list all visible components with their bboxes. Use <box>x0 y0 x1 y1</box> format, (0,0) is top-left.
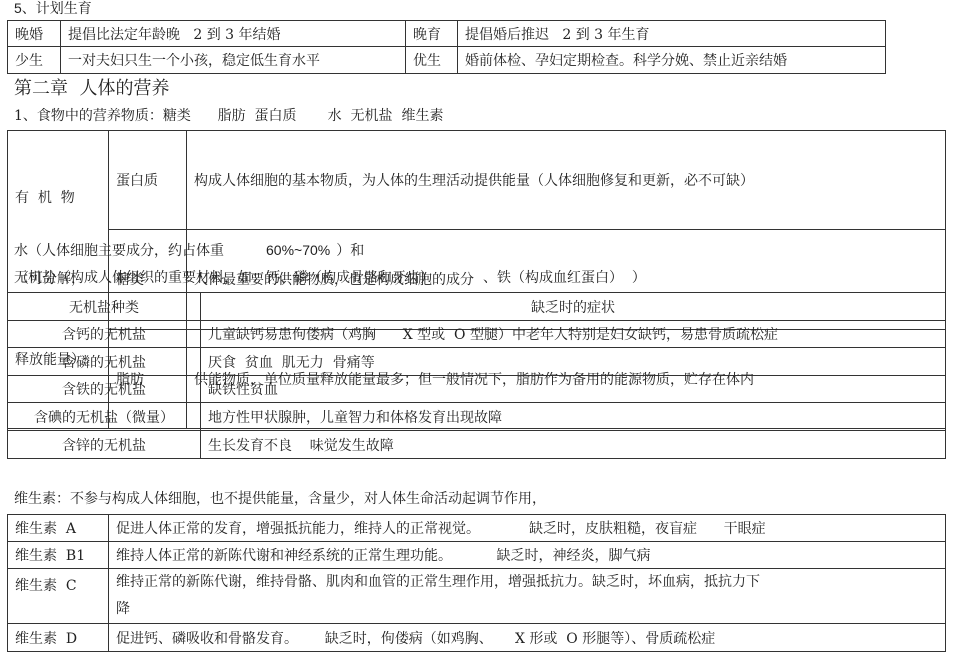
term-cell: 优生 <box>406 47 458 74</box>
definition-cell: 婚前体检、孕妇定期检查。科学分娩、禁止近亲结婚 <box>458 47 886 74</box>
table-row: 晚婚 提倡比法定年龄晚 2 到 3 年结婚 晚育 提倡婚后推迟 2 到 3 年生… <box>8 21 886 47</box>
table-row: 含锌的无机盐 生长发育不良 味觉发生故障 <box>8 431 946 459</box>
deficiency-symptom: 厌食 贫血 肌无力 骨痛等 <box>201 348 946 376</box>
mineral-type: 含锌的无机盐 <box>8 431 201 459</box>
water-percentage: 60%~70% <box>266 242 330 258</box>
vitamin-desc: 维持人体正常的新陈代谢和神经系统的正常生理功能。 缺乏时，神经炎，脚气病 <box>109 542 946 569</box>
deficiency-symptom: 儿童缺钙易患佝偻病（鸡胸 X 型或 O 型腿）中老年人特别是妇女缺钙，易患骨质疏… <box>201 321 946 348</box>
deficiency-symptom: 地方性甲状腺肿，儿童智力和体格发育出现故障 <box>201 403 946 431</box>
deficiency-symptom: 生长发育不良 味觉发生故障 <box>201 431 946 459</box>
minerals-table: 无机盐种类 缺乏时的症状 含钙的无机盐 儿童缺钙易患佝偻病（鸡胸 X 型或 O … <box>7 292 946 459</box>
family-planning-table: 晚婚 提倡比法定年龄晚 2 到 3 年结婚 晚育 提倡婚后推迟 2 到 3 年生… <box>7 20 886 74</box>
definition-cell: 提倡婚后推迟 2 到 3 年生育 <box>458 21 886 47</box>
vitamin-name: 维生素 D <box>8 624 109 652</box>
definition-cell: 提倡比法定年龄晚 2 到 3 年结婚 <box>61 21 406 47</box>
vitamins-table: 维生素 A 促进人体正常的发育，增强抵抗能力，维持人的正常视觉。 缺乏时，皮肤粗… <box>7 514 946 652</box>
mineral-line: 无机盐（构成人体组织的重要材料，如：钙、磷（构成骨骼和牙齿） 、铁（构成血红蛋白… <box>14 271 646 285</box>
mineral-type: 含铁的无机盐 <box>8 376 201 403</box>
vitamin-name: 维生素 A <box>8 515 109 542</box>
vitamin-name: 维生素 B1 <box>8 542 109 569</box>
table-row: 含碘的无机盐（微量） 地方性甲状腺肿，儿童智力和体格发育出现故障 <box>8 403 946 431</box>
water-line: 水（人体细胞主要成分，约占体重60%~70%）和 <box>14 243 364 258</box>
column-header: 缺乏时的症状 <box>201 293 946 321</box>
table-row: 维生素 D 促进钙、磷吸收和骨骼发育。 缺乏时，佝偻病（如鸡胸、 X 形或 O … <box>8 624 946 652</box>
water-text-end: ）和 <box>336 243 364 259</box>
deficiency-symptom: 缺铁性贫血 <box>201 376 946 403</box>
term-cell: 晚育 <box>406 21 458 47</box>
table-row: 含钙的无机盐 儿童缺钙易患佝偻病（鸡胸 X 型或 O 型腿）中老年人特别是妇女缺… <box>8 321 946 348</box>
mineral-type: 含碘的无机盐（微量） <box>8 403 201 431</box>
table-row: 含铁的无机盐 缺铁性贫血 <box>8 376 946 403</box>
table-row: 含磷的无机盐 厌食 贫血 肌无力 骨痛等 <box>8 348 946 376</box>
group-label: 有 机 物 <box>15 185 108 212</box>
definition-cell: 一对夫妇只生一个小孩，稳定低生育水平 <box>61 47 406 74</box>
table-row: 维生素 A 促进人体正常的发育，增强抵抗能力，维持人的正常视觉。 缺乏时，皮肤粗… <box>8 515 946 542</box>
term-cell: 晚婚 <box>8 21 61 47</box>
column-header: 无机盐种类 <box>8 293 201 321</box>
vitamin-line: 维生素：不参与构成人体细胞，也不提供能量，含量少，对人体生命活动起调节作用， <box>14 492 546 506</box>
table-row: 维生素 B1 维持人体正常的新陈代谢和神经系统的正常生理功能。 缺乏时，神经炎，… <box>8 542 946 569</box>
nutrient-name: 蛋白质 <box>109 131 187 230</box>
nutrients-line: 1、食物中的营养物质：糖类 脂肪 蛋白质 水 无机盐 维生素 <box>14 109 443 123</box>
mineral-type: 含钙的无机盐 <box>8 321 201 348</box>
table-row: 少生 一对夫妇只生一个小孩，稳定低生育水平 优生 婚前体检、孕妇定期检查。科学分… <box>8 47 886 74</box>
mineral-type: 含磷的无机盐 <box>8 348 201 376</box>
vitamin-desc: 促进钙、磷吸收和骨骼发育。 缺乏时，佝偻病（如鸡胸、 X 形或 O 形腿等）、骨… <box>109 624 946 652</box>
term-cell: 少生 <box>8 47 61 74</box>
vitamin-desc: 促进人体正常的发育，增强抵抗能力，维持人的正常视觉。 缺乏时，皮肤粗糙，夜盲症 … <box>109 515 946 542</box>
table-header-row: 无机盐种类 缺乏时的症状 <box>8 293 946 321</box>
table-row: 有 机 物 （可分解， 释放能量） 蛋白质 构成人体细胞的基本物质，为人体的生理… <box>8 131 946 230</box>
nutrient-desc: 构成人体细胞的基本物质，为人体的生理活动提供能量（人体细胞修复和更新，必不可缺） <box>187 131 946 230</box>
vitamin-name: 维生素 C <box>8 569 109 624</box>
vitamin-desc: 维持正常的新陈代谢，维持骨骼、肌肉和血管的正常生理作用，增强抵抗力。缺乏时，坏血… <box>109 569 946 624</box>
water-text: 水（人体细胞主要成分，约占体重 <box>14 243 224 259</box>
section-heading-family-planning: 5、计划生育 <box>14 1 92 15</box>
chapter-title: 第二章 人体的营养 <box>14 80 169 98</box>
table-row: 维生素 C 维持正常的新陈代谢，维持骨骼、肌肉和血管的正常生理作用，增强抵抗力。… <box>8 569 946 624</box>
